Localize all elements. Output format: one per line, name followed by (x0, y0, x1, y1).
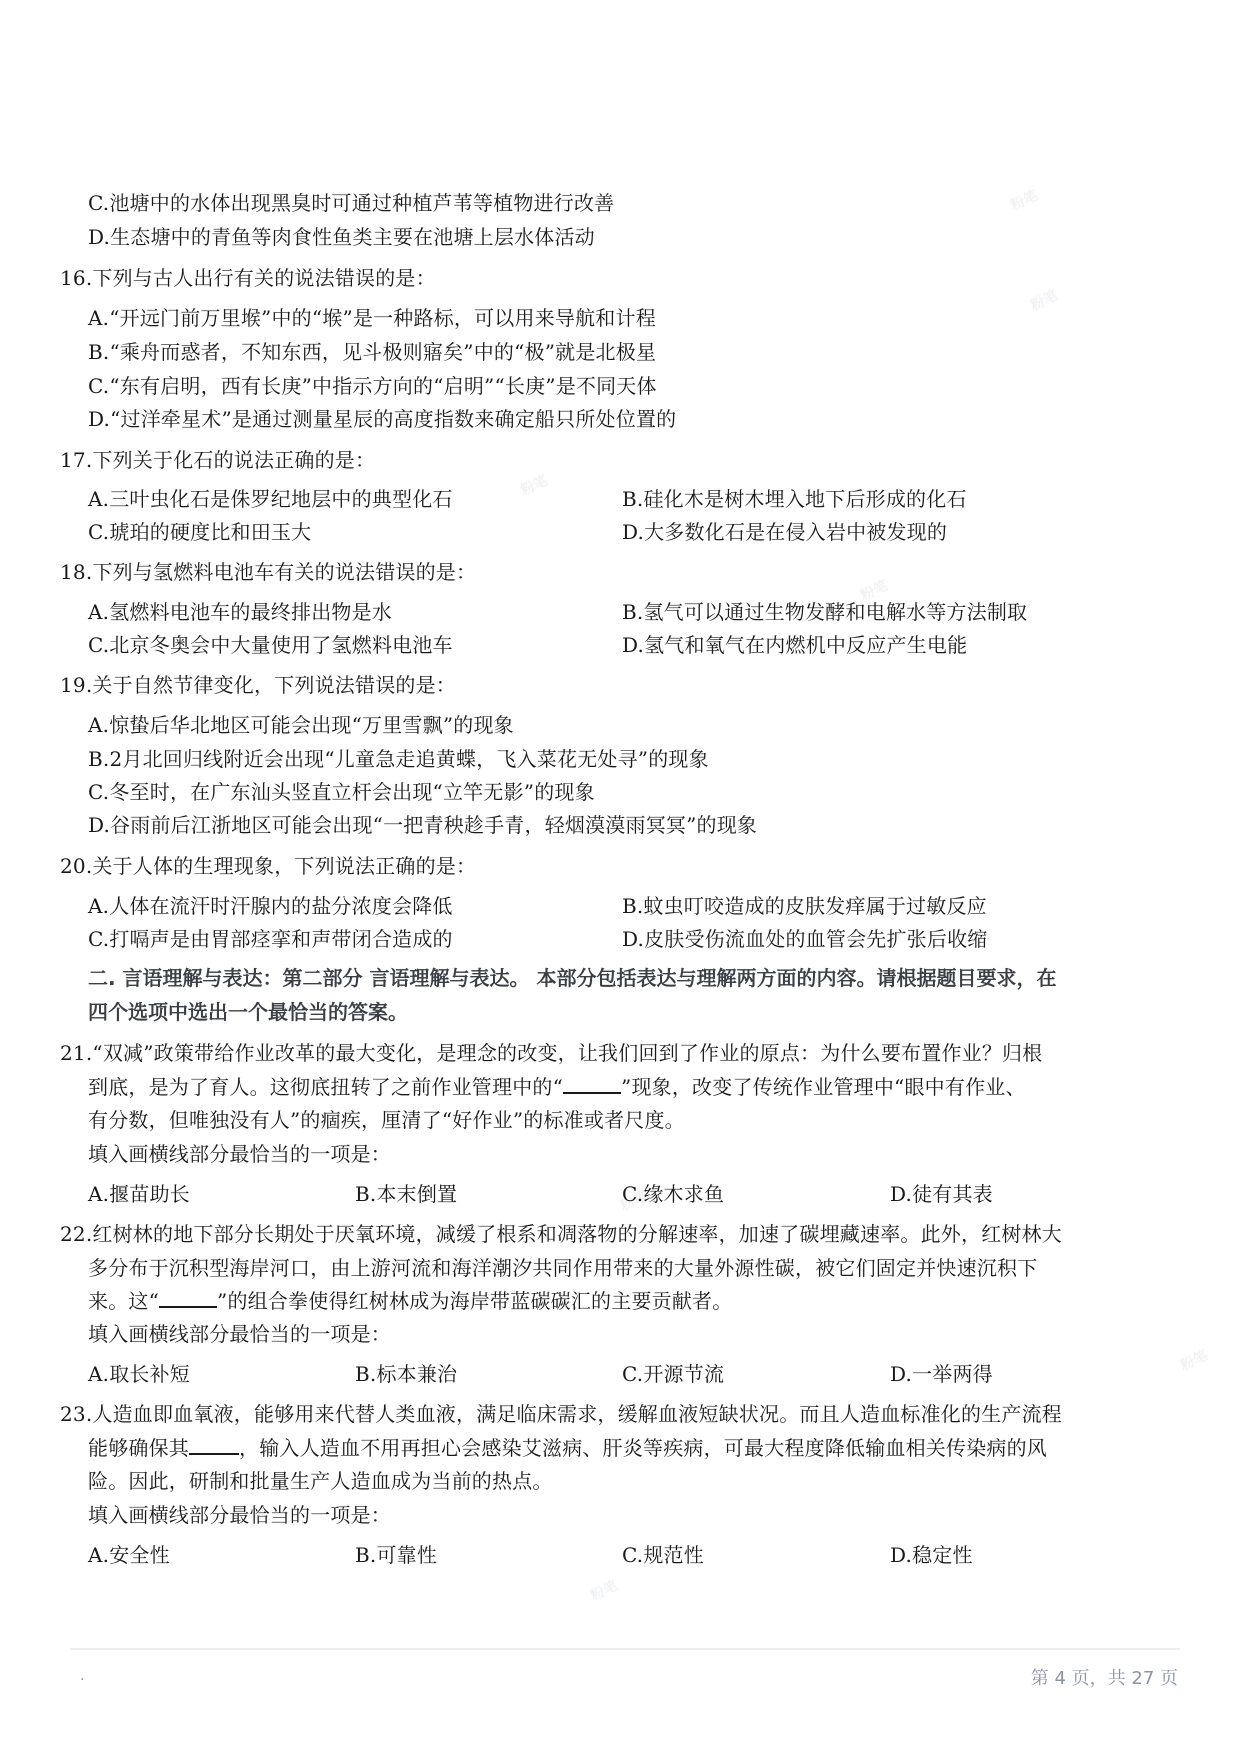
question-23-line1: 23.人造血即血氧液，能够用来代替人类血液，满足临床需求，缓解血液短缺状况。而且… (60, 1398, 1062, 1431)
question-23-line3: 险。因此，研制和批量生产人造血成为当前的热点。 (88, 1465, 553, 1498)
question-20-stem: 20.关于人体的生理现象，下列说法正确的是： (60, 850, 476, 883)
exam-page: 粉笔 粉笔 粉笔 粉笔 粉笔 粉笔 粉笔 C.池塘中的水体出现黑臭时可通过种植芦… (0, 0, 1240, 1754)
question-22-line3: 来。这“”的组合拳使得红树林成为海岸带蓝碳碳汇的主要贡献者。 (88, 1285, 732, 1318)
q17-option-c: C.琥珀的硬度比和田玉大 (88, 516, 311, 549)
question-21-line1: 21.“双减”政策带给作业改革的最大变化，是理念的改变，让我们回到了作业的原点：… (60, 1037, 1042, 1070)
footer-divider (70, 1648, 1180, 1650)
question-21-line3: 有分数，但唯独没有人”的痼疾，厘清了“好作业”的标准或者尺度。 (88, 1104, 685, 1137)
fill-blank (189, 1435, 239, 1455)
question-19-stem: 19.关于自然节律变化，下列说法错误的是： (60, 669, 456, 702)
q20-option-b: B.蚊虫叮咬造成的皮肤发痒属于过敏反应 (622, 890, 987, 923)
q21-option-a: A.揠苗助长 (88, 1178, 190, 1211)
question-17-stem: 17.下列关于化石的说法正确的是： (60, 444, 375, 477)
q19-option-d: D.谷雨前后江浙地区可能会出现“一把青秧趁手青，轻烟漠漠雨冥冥”的现象 (88, 809, 757, 842)
q20-option-c: C.打嗝声是由胃部痉挛和声带闭合造成的 (88, 923, 453, 956)
question-21-line2: 到底，是为了育人。这彻底扭转了之前作业管理中的“”现象，改变了传统作业管理中“眼… (88, 1071, 1026, 1104)
q20-option-a: A.人体在流汗时汗腺内的盐分浓度会降低 (88, 890, 453, 923)
q23-option-d: D.稳定性 (890, 1539, 973, 1572)
watermark: 粉笔 (587, 1575, 621, 1605)
q22-option-d: D.一举两得 (890, 1358, 993, 1391)
q17-option-d: D.大多数化石是在侵入岩中被发现的 (622, 516, 947, 549)
q21-option-c: C.缘木求鱼 (622, 1178, 724, 1211)
question-21-prompt: 填入画横线部分最恰当的一项是： (88, 1138, 391, 1171)
q16-option-a: A.“开远门前万里堠”中的“堠”是一种路标，可以用来导航和计程 (88, 302, 656, 335)
option-d: D.生态塘中的青鱼等肉食性鱼类主要在池塘上层水体活动 (88, 221, 595, 254)
q16-option-d: D.“过洋牵星术”是通过测量星辰的高度指数来确定船只所处位置的 (88, 403, 676, 436)
q19-option-a: A.惊蛰后华北地区可能会出现“万里雪飘”的现象 (88, 709, 514, 742)
q21-option-d: D.徒有其表 (890, 1178, 993, 1211)
section-heading: 二. 言语理解与表达：第二部分 言语理解与表达。 本部分包括表达与理解两方面的内… (88, 962, 1057, 995)
watermark: 粉笔 (1177, 1345, 1211, 1375)
question-16-stem: 16.下列与古人出行有关的说法错误的是： (60, 262, 436, 295)
question-22-line2: 多分布于沉积型海岸河口，由上游河流和海洋潮汐共同作用带来的大量外源性碳，被它们固… (88, 1252, 1037, 1285)
q17-option-a: A.三叶虫化石是侏罗纪地层中的典型化石 (88, 483, 453, 516)
question-22-line1: 22.红树林的地下部分长期处于厌氧环境，减缓了根系和凋落物的分解速率，加速了碳埋… (60, 1218, 1062, 1251)
q23-option-c: C.规范性 (622, 1539, 704, 1572)
watermark: 粉笔 (517, 470, 551, 500)
q18-option-a: A.氢燃料电池车的最终排出物是水 (88, 596, 392, 629)
q22-option-c: C.开源节流 (622, 1358, 724, 1391)
q20-option-d: D.皮肤受伤流血处的血管会先扩张后收缩 (622, 923, 987, 956)
question-18-stem: 18.下列与氢燃料电池车有关的说法错误的是： (60, 556, 476, 589)
q22-option-a: A.取长补短 (88, 1358, 190, 1391)
watermark: 粉笔 (1007, 185, 1041, 215)
q17-option-b: B.硅化木是树木埋入地下后形成的化石 (622, 483, 967, 516)
q16-option-c: C.“东有启明，西有长庚”中指示方向的“启明”“长庚”是不同天体 (88, 370, 657, 403)
page-number: 第 4 页，共 27 页 (1031, 1664, 1178, 1690)
q21-option-b: B.本末倒置 (355, 1178, 457, 1211)
footer-dot: · (80, 1672, 84, 1688)
q18-option-c: C.北京冬奥会中大量使用了氢燃料电池车 (88, 629, 453, 662)
question-23-prompt: 填入画横线部分最恰当的一项是： (88, 1499, 391, 1532)
question-23-line2: 能够确保其，输入人造血不用再担心会感染艾滋病、肝炎等疾病，可最大程度降低输血相关… (88, 1432, 1047, 1465)
q18-option-d: D.氢气和氧气在内燃机中反应产生电能 (622, 629, 967, 662)
option-c: C.池塘中的水体出现黑臭时可通过种植芦苇等植物进行改善 (88, 187, 614, 220)
watermark: 粉笔 (1027, 285, 1061, 315)
q19-option-b: B.2月北回归线附近会出现“儿童急走追黄蝶，飞入菜花无处寻”的现象 (88, 743, 709, 776)
q22-option-b: B.标本兼治 (355, 1358, 457, 1391)
q18-option-b: B.氢气可以通过生物发酵和电解水等方法制取 (622, 596, 1027, 629)
q23-option-a: A.安全性 (88, 1539, 170, 1572)
fill-blank (563, 1074, 621, 1094)
question-22-prompt: 填入画横线部分最恰当的一项是： (88, 1318, 391, 1351)
q19-option-c: C.冬至时，在广东汕头竖直立杆会出现“立竿无影”的现象 (88, 776, 595, 809)
fill-blank (159, 1288, 217, 1308)
q16-option-b: B.“乘舟而惑者，不知东西，见斗极则寤矣”中的“极”就是北极星 (88, 336, 656, 369)
section-heading-cont: 四个选项中选出一个最恰当的答案。 (88, 996, 408, 1029)
q23-option-b: B.可靠性 (355, 1539, 437, 1572)
